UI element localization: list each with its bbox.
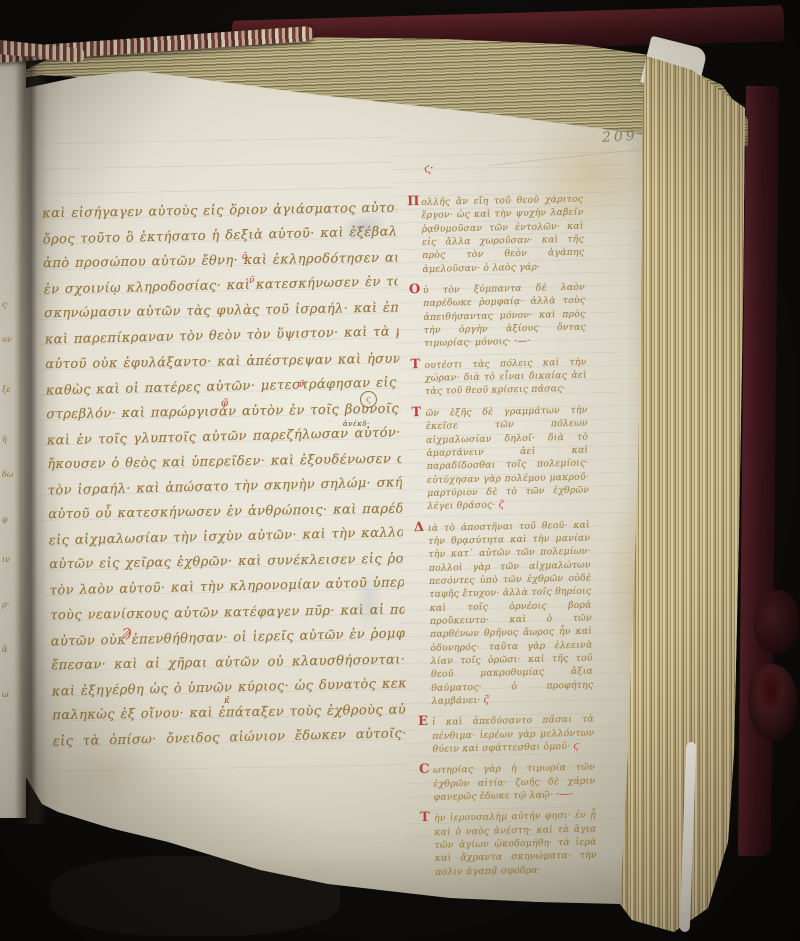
paragraph-end-mark: ·—·: [514, 336, 531, 347]
facing-page-text-fragment: ω: [2, 690, 9, 699]
facing-page-text-fragment: ον: [2, 335, 12, 344]
facing-page-text-fragment: φ: [2, 515, 8, 524]
facing-page-text-fragment: ἡ: [2, 435, 7, 444]
red-interlinear-mark: ν̃: [299, 380, 304, 390]
commentary-text: ὴν ἱερουσαλὴμ αὐτήν φησι· ἐν ᾗ καὶ ὁ ναὸ…: [434, 810, 597, 878]
paragraph-initial-letter: Τ: [420, 811, 430, 825]
red-interlinear-mark: κ̃: [224, 696, 230, 706]
commentary-paragraph: Οὐ τὸν ξύμπαντα δὲ λαὸν παρέδωκε ῥομφαίᾳ…: [423, 281, 586, 351]
facing-page-text-fragment: δω: [2, 470, 13, 479]
facing-page-text-fragment: ρ·: [2, 600, 9, 609]
paragraph-initial-letter: Τ: [411, 406, 421, 420]
commentary-paragraph: Τουτέστι τὰς πόλεις καὶ τὴν χώραν· διὰ τ…: [424, 355, 587, 398]
facing-page-text-fragment: ιν: [2, 555, 10, 564]
paragraph-end-mark: ϛ̃: [498, 500, 504, 511]
paragraph-end-mark: ϛ̃: [483, 695, 489, 706]
folio-number: 209: [602, 128, 639, 146]
commentary-paragraph: Εἰ καὶ ἀπεδύσαντο πᾶσαι τὰ πένθιμα· ἱερέ…: [432, 713, 595, 756]
commentary-paragraph: Τῶν ἑξῆς δὲ γραμμάτων τὴν ἐκεῖσε τῶν πόλ…: [425, 403, 589, 513]
commentary-paragraph: Ϲωτηρίας γὰρ ἡ τιμωρία τῶν ἐχθρῶν αἰτία·…: [433, 761, 596, 804]
main-text-block: καὶ εἰσήγαγεν αὐτοὺς εἰς ὅριον ἁγιάσματο…: [42, 195, 407, 754]
red-interlinear-mark: ν̃: [249, 276, 254, 286]
facing-page-text-fragment: ἃ: [2, 645, 7, 654]
commentary-paragraph: Διὰ τὸ ἀποστῆναι τοῦ θεοῦ· καὶ τὴν θρᾳσύ…: [428, 518, 594, 708]
commentary-paragraph: Πολλῆς ἂν εἴη τοῦ θεοῦ χάριτος ἔργον· ὡς…: [421, 193, 585, 276]
clasp-remnant: [753, 590, 799, 654]
facing-page-text-fragment: ξε: [2, 385, 11, 394]
paragraph-initial-letter: Δ: [414, 521, 425, 535]
paragraph-initial-letter: Ε: [418, 715, 428, 729]
commentary-column: Πολλῆς ἂν εἴη τοῦ θεοῦ χάριτος ἔργον· ὡς…: [421, 193, 597, 887]
paragraph-initial-letter: Ϲ: [419, 763, 430, 777]
commentary-text: ολλῆς ἂν εἴη τοῦ θεοῦ χάριτος ἔργον· ὡς …: [421, 194, 584, 275]
commentary-text: ὐ τὸν ξύμπαντα δὲ λαὸν παρέδωκε ῥομφαίᾳ·…: [423, 282, 586, 350]
marginal-note: ἀνέκδ·: [343, 420, 370, 428]
red-interlinear-mark: Ϡ: [122, 626, 131, 640]
commentary-text: ιὰ τὸ ἀποστῆναι τοῦ θεοῦ· καὶ τὴν θρᾳσύτ…: [428, 519, 594, 707]
facing-page-sliver: ς·ονξεἡδωφινρ·ἃω: [0, 58, 26, 818]
clasp-remnant: [748, 664, 798, 740]
paragraph-end-mark: ·—·: [556, 789, 573, 800]
red-interlinear-mark: ο̃: [242, 252, 247, 262]
commentary-paragraph: Τὴν ἱερουσαλὴμ αὐτήν φησι· ἐν ᾗ καὶ ὁ να…: [434, 809, 597, 879]
paragraph-end-mark: ϛ: [573, 741, 579, 752]
commentary-text: ουτέστι τὰς πόλεις καὶ τὴν χώραν· διὰ τὸ…: [424, 356, 586, 397]
paragraph-initial-letter: Ο: [409, 283, 421, 297]
marginal-siglum-circle: ϛ: [360, 391, 377, 408]
paragraph-initial-letter: Π: [407, 195, 420, 209]
commentary-text: ῶν ἑξῆς δὲ γραμμάτων τὴν ἐκεῖσε τῶν πόλε…: [425, 404, 589, 512]
red-interlinear-mark: φ̃: [221, 398, 228, 409]
commentary-text: ἰ καὶ ἀπεδύσαντο πᾶσαι τὰ πένθιμα· ἱερέω…: [432, 714, 594, 755]
facing-page-text-fragment: ς·: [2, 300, 9, 309]
paragraph-initial-letter: Τ: [410, 358, 420, 372]
back-cover-right-edge: [738, 86, 779, 856]
